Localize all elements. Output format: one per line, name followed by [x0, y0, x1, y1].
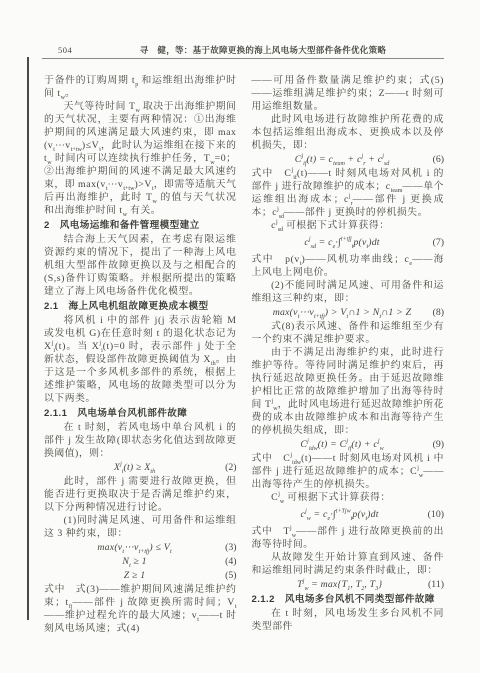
- equation-number: (6): [433, 153, 444, 166]
- equation: Tjw = max{T1, T2, T3}(11): [252, 578, 445, 591]
- section-heading: 2 风电场运维和备件管理模型建立: [44, 219, 237, 232]
- equation-body: max(vt⋯vt+tfj) > Vt∩1 > Nt∩1 > Z: [252, 306, 433, 319]
- paper-page: 504 寻 健，等：基于故障更换的海上风电场大型部件备件优化策略 于备件的订购周…: [0, 0, 480, 673]
- paragraph: cjsd 可根据下式计算获得：: [252, 219, 445, 232]
- paragraph: 式中 Cjif(t)——t 时刻风电场对风机 i 的部件 j 进行故障维护的成本…: [252, 167, 445, 219]
- equation-number: (2): [225, 461, 236, 474]
- equation-body: cjw = ce·∫t+Tjwtp(vt)dt: [252, 508, 428, 521]
- equation: Nt ≥ 1(4): [44, 555, 237, 568]
- equation-number: (10): [428, 508, 444, 521]
- paragraph: 式(8)表示风速、备件和运维组至少有一个约束不满足维护要求。: [252, 320, 445, 346]
- paragraph: 式中 式(3)——维护期间风速满足维护约束；tfj——部件 j 故障更换所需时间…: [44, 583, 237, 635]
- equation-number: (7): [433, 236, 444, 249]
- column-left: 于备件的订购周期 tp 和运维组出海维护时间 tw。天气等待时间 Tw 取决于出…: [44, 74, 237, 635]
- column-right: ——可用备件数量满足维护约束；式(5)——运维组满足维护约束；Z——t 时刻可用…: [252, 74, 445, 635]
- paragraph: 式中 Cjidw(t)——t 时刻风电场对风机 i 中部件 j 进行延迟故障维护…: [252, 452, 445, 491]
- equation: max(vt⋯vt+tfj) > Vt∩1 > Nt∩1 > Z(8): [252, 306, 445, 319]
- running-header: 504 寻 健，等：基于故障更换的海上风电场大型部件备件优化策略: [42, 44, 444, 59]
- paragraph: 于备件的订购周期 tp 和运维组出海维护时间 tw。: [44, 74, 237, 100]
- paragraph: 将风机 i 中的部件 j(j 表示齿轮箱 M 或发电机 G)在任意时刻 t 的退…: [44, 314, 237, 405]
- paragraph: 式中 Tjw——部件 j 进行故障更换前的出海等待时间。: [252, 525, 445, 551]
- equation-number: (8): [433, 306, 444, 319]
- equation-body: Z ≥ 1: [44, 569, 225, 582]
- paragraph: 此时，部件 j 需要进行故障更换，但能否进行更换取决于是否满足维护约束，以下分两…: [44, 475, 237, 514]
- equation: Cjidw(t) = Cjif(t) + cjw(9): [252, 438, 445, 451]
- equation: cjw = ce·∫t+Tjwtp(vt)dt(10): [252, 508, 445, 521]
- paragraph: 此时风电场进行故障维护所花费的成本包括运维组出海成本、更换成本以及停机损失，即：: [252, 113, 445, 152]
- equation-body: Cjif(t) = cteam + cjr + cjsd: [252, 153, 433, 166]
- section-heading: 2.1 海上风电机组故障更换成本模型: [44, 300, 237, 313]
- paragraph: 结合海上天气因素，在考虑有限运维资源约束的情况下，提出了一种海上风电机组大型部件…: [44, 233, 237, 298]
- equation: max(vt⋯vt+tfj) ≤ Vt(3): [44, 541, 237, 554]
- paragraph: 在 t 时刻，若风电场中单台风机 i 的部件 j 发生故障(即状态劣化值达到故障…: [44, 421, 237, 460]
- equation-body: max(vt⋯vt+tfj) ≤ Vt: [44, 541, 225, 554]
- paragraph: 从故障发生开始计算直到风速、备件和运维组同时满足约束条件时截止，即：: [252, 551, 445, 577]
- paragraph: Cjw 可根据下式计算获得：: [252, 491, 445, 504]
- equation: Cjif(t) = cteam + cjr + cjsd(6): [252, 153, 445, 166]
- equation: Xji(t) ≥ Xth(2): [44, 461, 237, 474]
- paragraph: (2)不能同时满足风速、可用备件和运维组这三种约束，即：: [252, 279, 445, 305]
- equation-number: (11): [428, 578, 444, 591]
- equation-body: Nt ≥ 1: [44, 555, 225, 568]
- running-title: 寻 健，等：基于故障更换的海上风电场大型部件备件优化策略: [82, 44, 444, 57]
- section-heading: 2.1.2 风电场多台风机不同类型部件故障: [252, 593, 445, 606]
- equation-number: (9): [433, 438, 444, 451]
- paragraph: (1)同时满足风速、可用备件和运维组这 3 种约束，即：: [44, 514, 237, 540]
- paragraph: 在 t 时刻，风电场发生多台风机不同类型部件: [252, 607, 445, 633]
- page-number: 504: [58, 44, 72, 57]
- paragraph: ——可用备件数量满足维护约束；式(5)——运维组满足维护约束；Z——t 时刻可用…: [252, 74, 445, 113]
- paragraph: 由于不满足出海维护约束，此时进行维护等待。等待同时满足维护约束后，再执行延迟故障…: [252, 346, 445, 437]
- equation-number: (3): [225, 541, 236, 554]
- equation: Z ≥ 1(5): [44, 569, 237, 582]
- equation-body: cjsd = ce·∫t+tfjtp(vt)dt: [252, 236, 433, 249]
- section-heading: 2.1.1 风电场单台风机部件故障: [44, 407, 237, 420]
- paragraph: 天气等待时间 Tw 取决于出海维护期间的天气状况，主要有两种情况：①出海维护期间…: [44, 100, 237, 217]
- page-spine-line: [27, 57, 29, 620]
- paragraph: 式中 p(vt)——风机功率曲线；ce——海上风电上网电价。: [252, 253, 445, 279]
- equation-number: (5): [225, 569, 236, 582]
- page-body: 于备件的订购周期 tp 和运维组出海维护时间 tw。天气等待时间 Tw 取决于出…: [44, 74, 444, 635]
- equation-body: Tjw = max{T1, T2, T3}: [252, 578, 429, 591]
- equation-body: Cjidw(t) = Cjif(t) + cjw: [252, 438, 433, 451]
- equation: cjsd = ce·∫t+tfjtp(vt)dt(7): [252, 236, 445, 249]
- equation-body: Xji(t) ≥ Xth: [44, 461, 225, 474]
- equation-number: (4): [225, 555, 236, 568]
